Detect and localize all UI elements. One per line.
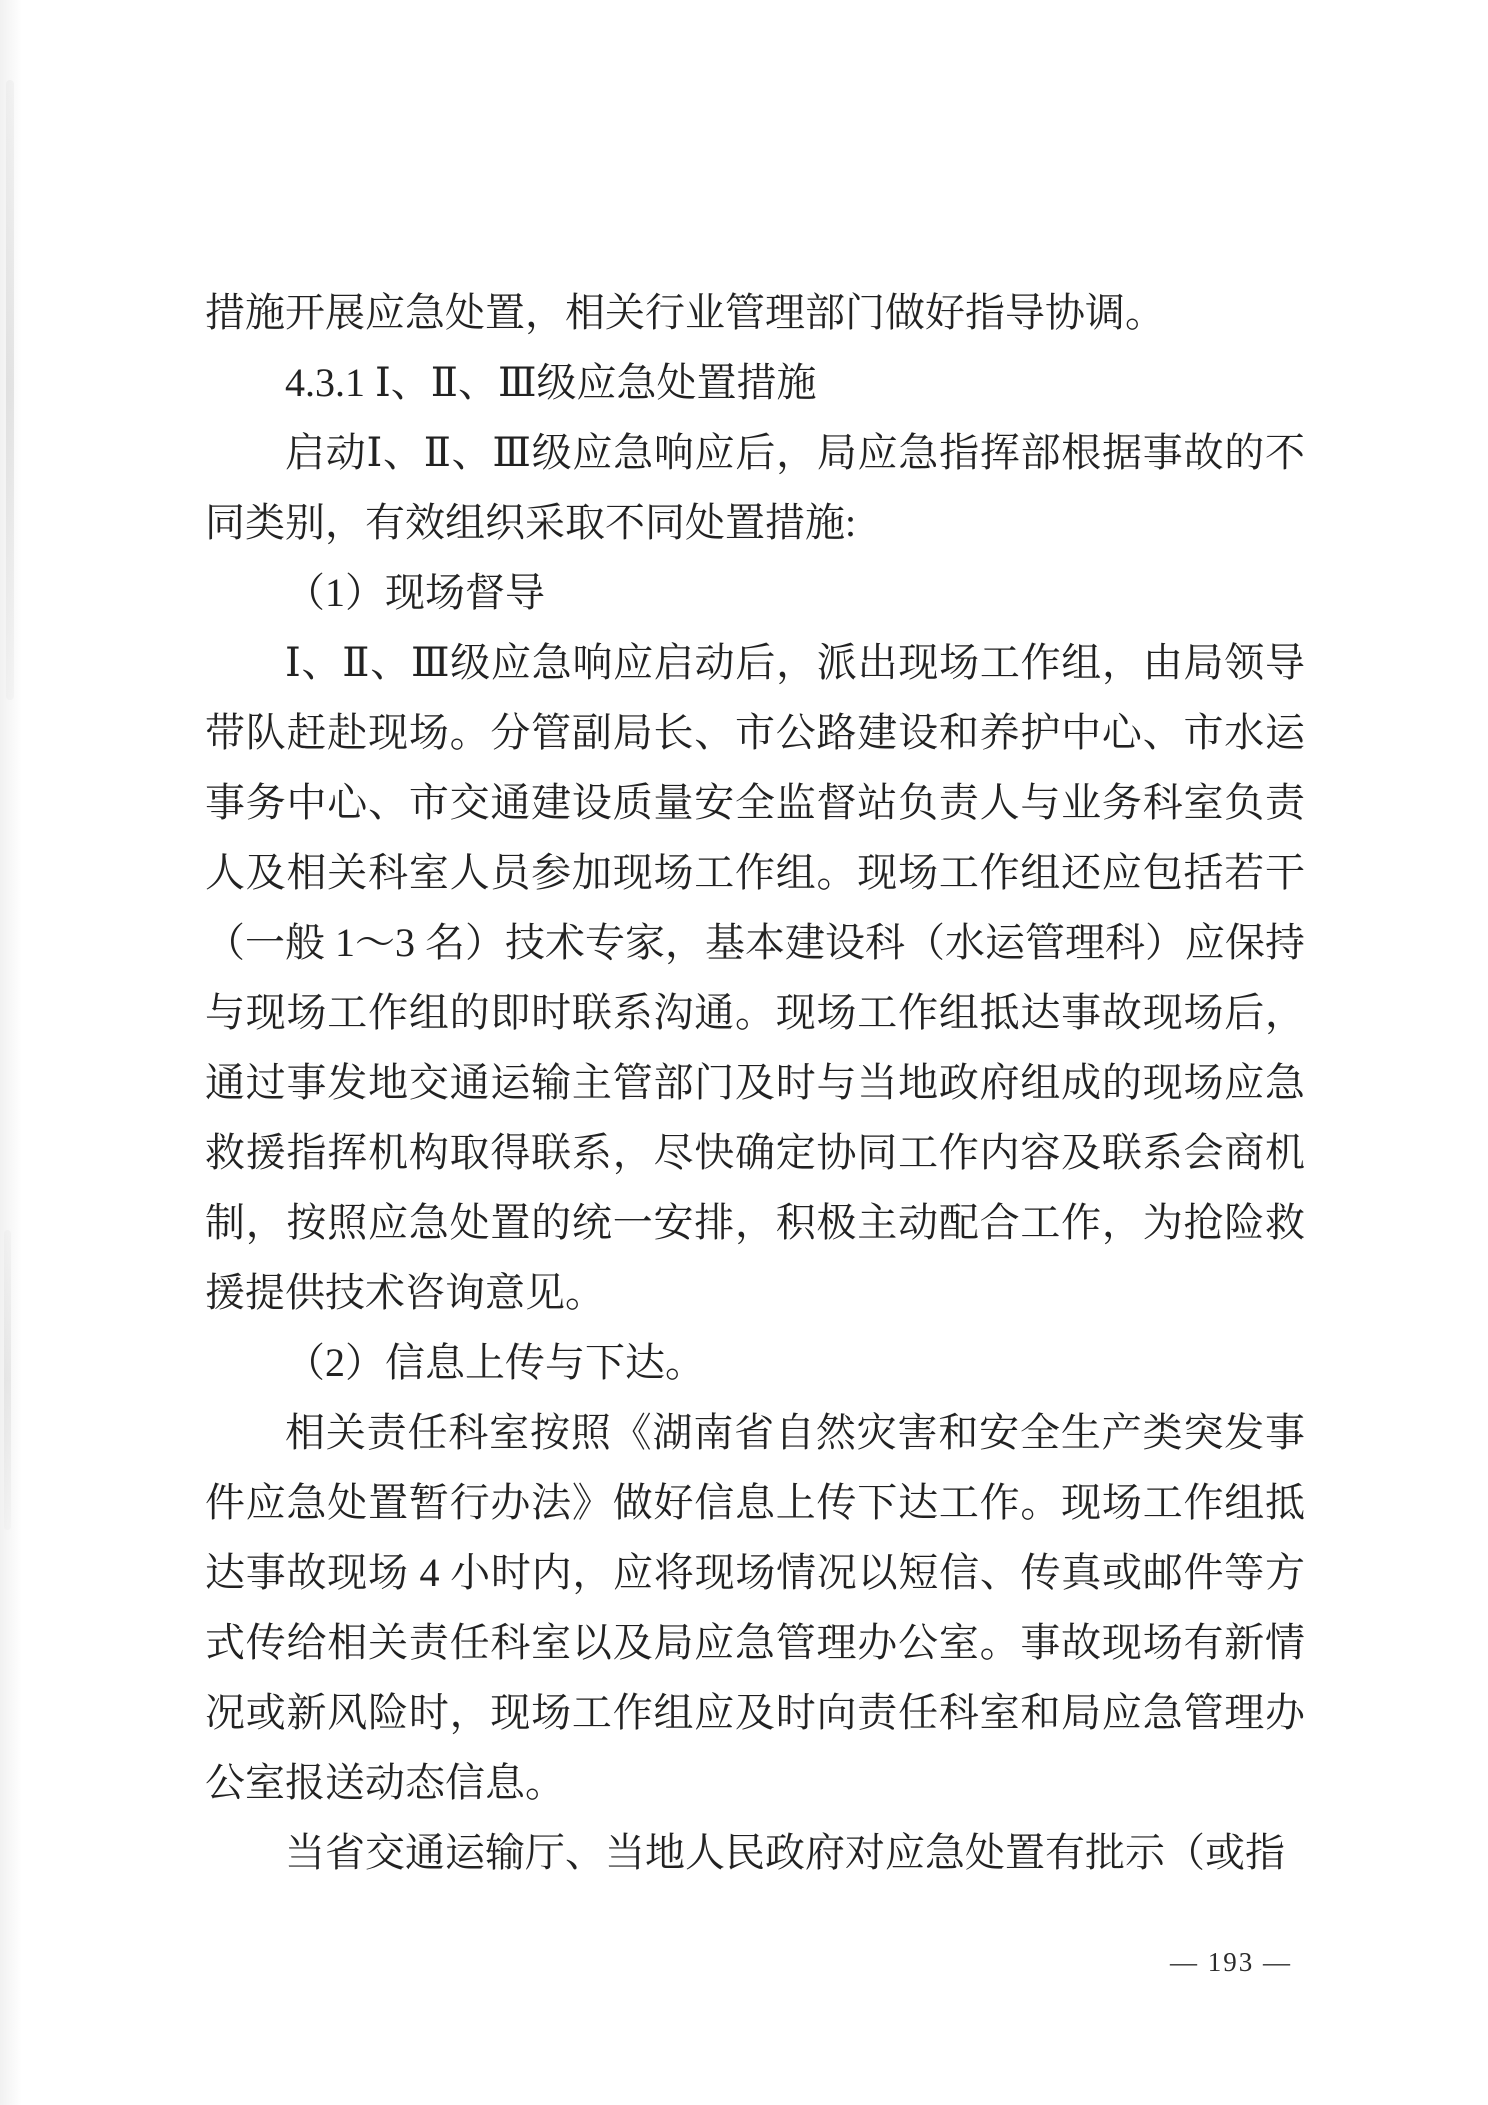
paragraph-continuation: 措施开展应急处置，相关行业管理部门做好指导协调。	[205, 278, 1305, 348]
paragraph-information-reporting-detail: 相关责任科室按照《湖南省自然灾害和安全生产类突发事件应急处置暂行办法》做好信息上…	[205, 1398, 1305, 1818]
list-item-2-information-heading: （2）信息上传与下达。	[205, 1328, 1305, 1398]
scan-edge-artifact	[0, 0, 22, 2105]
page-number: — 193 —	[1170, 1942, 1292, 1982]
section-heading-431: 4.3.1 Ⅰ、Ⅱ、Ⅲ级应急处置措施	[205, 348, 1305, 418]
paragraph-onsite-supervision-detail: Ⅰ、Ⅱ、Ⅲ级应急响应启动后，派出现场工作组，由局领导带队赶赴现场。分管副局长、市…	[205, 628, 1305, 1328]
paragraph-last-truncated: 当省交通运输厅、当地人民政府对应急处置有批示（或指	[205, 1818, 1305, 1888]
scan-smudge-artifact	[6, 80, 14, 700]
paragraph-response-intro: 启动Ⅰ、Ⅱ、Ⅲ级应急响应后，局应急指挥部根据事故的不同类别，有效组织采取不同处置…	[205, 418, 1305, 558]
document-page: 措施开展应急处置，相关行业管理部门做好指导协调。 4.3.1 Ⅰ、Ⅱ、Ⅲ级应急处…	[0, 0, 1488, 2105]
list-item-1-onsite-supervision-heading: （1）现场督导	[205, 558, 1305, 628]
scan-smudge-artifact	[4, 1230, 11, 1530]
page-body-text: 措施开展应急处置，相关行业管理部门做好指导协调。 4.3.1 Ⅰ、Ⅱ、Ⅲ级应急处…	[205, 278, 1305, 1888]
